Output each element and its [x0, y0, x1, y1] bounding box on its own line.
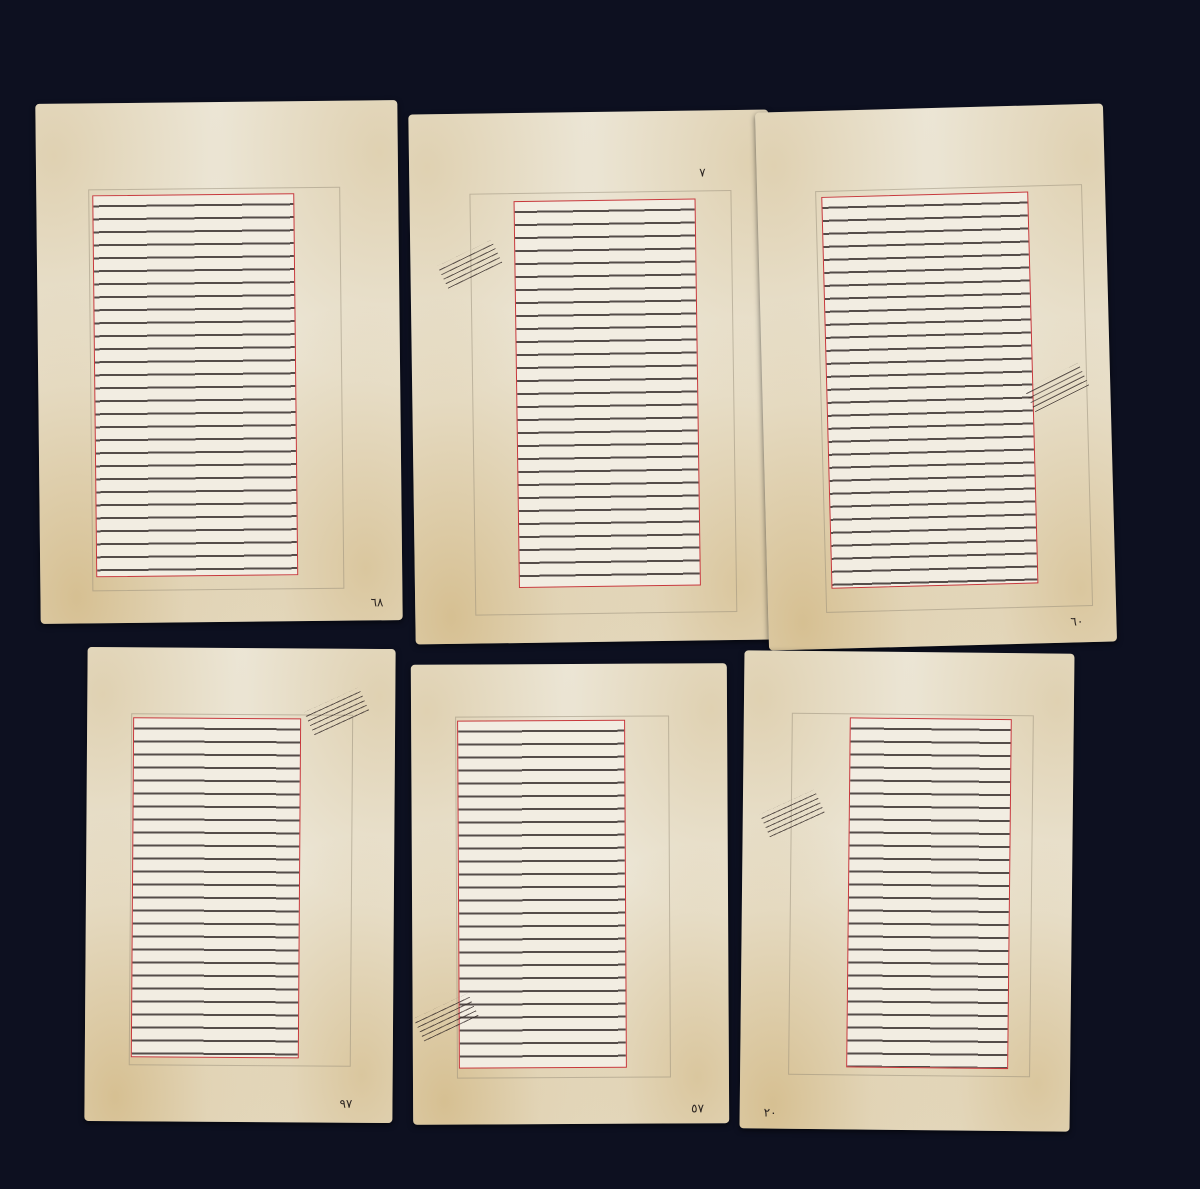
text-block [514, 199, 701, 589]
manuscript-leaf-top-center: ٧ [408, 110, 775, 645]
text-block [92, 193, 298, 577]
page-number: ٦٠ [1070, 614, 1083, 628]
text-block [846, 717, 1012, 1069]
page-number: ٩٧ [339, 1097, 352, 1111]
page-number: ٢٠ [764, 1106, 777, 1120]
text-block [457, 720, 627, 1069]
manuscript-leaf-bottom-center: ٥٧ [411, 663, 729, 1125]
text-block [131, 717, 301, 1058]
manuscript-leaf-bottom-left: ٩٧ [84, 647, 395, 1123]
text-block [821, 192, 1038, 589]
manuscript-leaf-top-right: ٦٠ [755, 104, 1117, 651]
page-number: ٧ [699, 165, 706, 179]
page-number: ٦٨ [370, 595, 383, 609]
manuscript-leaf-top-left: ٦٨ [35, 100, 402, 624]
manuscript-leaf-bottom-right: ٢٠ [740, 650, 1075, 1131]
page-number: ٥٧ [691, 1101, 704, 1115]
